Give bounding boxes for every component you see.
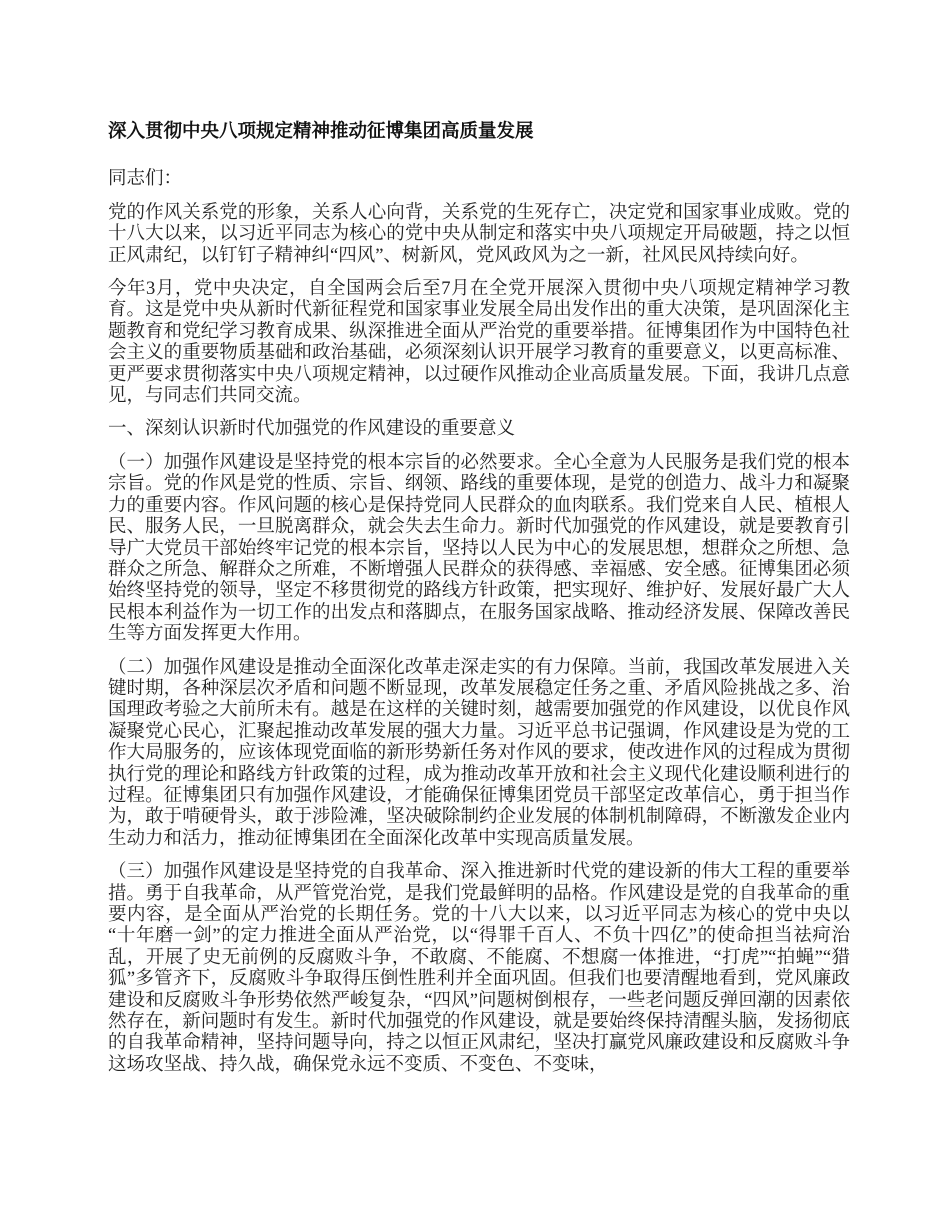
document-title: 深入贯彻中央八项规定精神推动征博集团高质量发展 xyxy=(108,122,850,143)
section-1-paragraph-1: （一）加强作风建设是坚持党的根本宗旨的必然要求。全心全意为人民服务是我们党的根本… xyxy=(108,453,850,646)
intro-paragraph-2: 今年3月，党中央决定，自全国两会后至7月在全党开展深入贯彻中央八项规定精神学习教… xyxy=(108,279,850,407)
document-page: 深入贯彻中央八项规定精神推动征博集团高质量发展 同志们： 党的作风关系党的形象，… xyxy=(0,0,950,1230)
section-1-paragraph-3: （三）加强作风建设是坚持党的自我革命、深入推进新时代党的建设新的伟大工程的重要举… xyxy=(108,862,850,1076)
section-1-paragraph-2: （二）加强作风建设是推动全面深化改革走深走实的有力保障。当前，我国改革发展进入关… xyxy=(108,658,850,851)
salutation: 同志们： xyxy=(108,169,850,190)
section-1-heading: 一、深刻认识新时代加强党的作风建设的重要意义 xyxy=(108,419,850,440)
intro-paragraph-1: 党的作风关系党的形象，关系人心向背，关系党的生死存亡，决定党和国家事业成败。党的… xyxy=(108,203,850,267)
